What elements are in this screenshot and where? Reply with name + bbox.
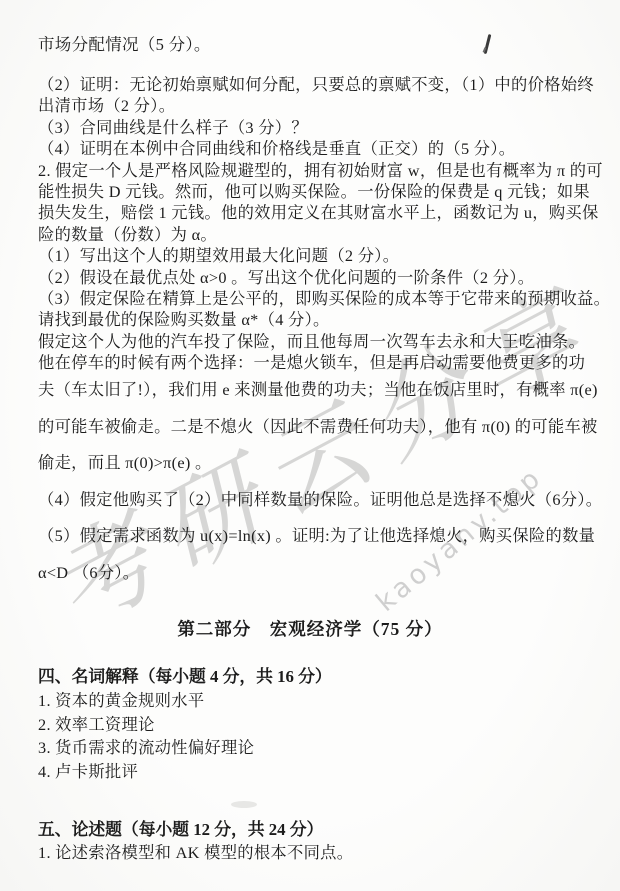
term-list-item: 2. 效率工资理论: [38, 713, 254, 737]
scan-smudge: [231, 801, 257, 808]
section4-term-list: 1. 资本的黄金规则水平2. 效率工资理论3. 货币需求的流动性偏好理论4. 卢…: [38, 689, 254, 784]
question-text-line: 险的数量（份数）为 α。: [38, 224, 610, 245]
term-list-item: 1. 资本的黄金规则水平: [38, 689, 254, 713]
question-text-line: 假定这个人为他的汽车投了保险，而且他每周一次驾车去永和大王吃油条。: [38, 331, 610, 352]
question-text-line: 2. 假定一个人是严格风险规避型的，拥有初始财富 w，但是也有概率为 π 的可: [38, 160, 610, 181]
question-text-line: （4）假定他购买了（2）中同样数量的保险。证明他总是选择不熄火（6分）。: [38, 482, 602, 519]
question-text-line: 的可能车被偷走。二是不熄火（因此不需费任何功夫），他有 π(0) 的可能车被: [38, 409, 602, 446]
question-text-line: （4）证明在本例中合同曲线和价格线是垂直（正交）的（5 分）。: [38, 138, 610, 159]
question-text-line: （2）假设在最优点处 α>0 。写出这个优化问题的一阶条件（2 分）。: [38, 267, 610, 288]
micro-opening-line: 市场分配情况（5 分）。: [38, 31, 211, 55]
scanned-exam-page: 考研云分享 kaoyany.top 市场分配情况（5 分）。 （2）证明：无论初…: [0, 0, 620, 891]
part2-heading: 第二部分 宏观经济学（75 分）: [0, 616, 620, 641]
micro-question-block-wide-spacing: 夫（车太旧了!），我们用 e 来测量他费的功夫；当他在饭店里时，有概率 π(e)…: [38, 372, 602, 592]
question-text-line: 偷走，而且 π(0)>π(e) 。: [38, 445, 602, 482]
term-list-item: 3. 货币需求的流动性偏好理论: [38, 736, 254, 760]
section5-essay-list: 1. 论述索洛模型和 AK 模型的根本不同点。: [38, 841, 353, 865]
stray-ink-mark: [484, 34, 491, 54]
question-text-line: （3）假定保险在精算上是公平的，即购买保险的成本等于它带来的预期收益。: [38, 288, 610, 309]
question-text-line: 损失发生，赔偿 1 元钱。他的效用定义在其财富水平上，函数记为 u，购买保: [38, 202, 610, 223]
question-text-line: （2）证明：无论初始禀赋如何分配，只要总的禀赋不变，（1）中的价格始终: [38, 74, 610, 95]
question-text-line: α<D （6分）。: [38, 555, 602, 592]
term-list-item: 4. 卢卡斯批评: [38, 760, 254, 784]
essay-list-item: 1. 论述索洛模型和 AK 模型的根本不同点。: [38, 841, 353, 865]
section5-title: 五、论述题（每小题 12 分，共 24 分）: [38, 816, 323, 840]
question-text-line: （3）合同曲线是什么样子（3 分）？: [38, 117, 610, 138]
question-text-line: 他在停车的时候有两个选择：一是熄火锁车，但是再启动需要他费更多的功: [38, 352, 610, 373]
section4-title: 四、名词解释（每小题 4 分，共 16 分）: [38, 663, 332, 687]
question-text-line: （5）假定需求函数为 u(x)=ln(x) 。证明:为了让他选择熄火，购买保险的…: [38, 518, 602, 555]
micro-question-block: （2）证明：无论初始禀赋如何分配，只要总的禀赋不变，（1）中的价格始终出清市场（…: [38, 74, 610, 373]
question-text-line: 能性损失 D 元钱。然而，他可以购买保险。一份保险的保费是 q 元钱；如果: [38, 181, 610, 202]
question-text-line: （1）写出这个人的期望效用最大化问题（2 分）。: [38, 245, 610, 266]
question-text-line: 夫（车太旧了!），我们用 e 来测量他费的功夫；当他在饭店里时，有概率 π(e): [38, 372, 602, 409]
question-text-line: 出清市场（2 分）。: [38, 95, 610, 116]
question-text-line: 请找到最优的保险购买数量 α*（4 分）。: [38, 309, 610, 330]
